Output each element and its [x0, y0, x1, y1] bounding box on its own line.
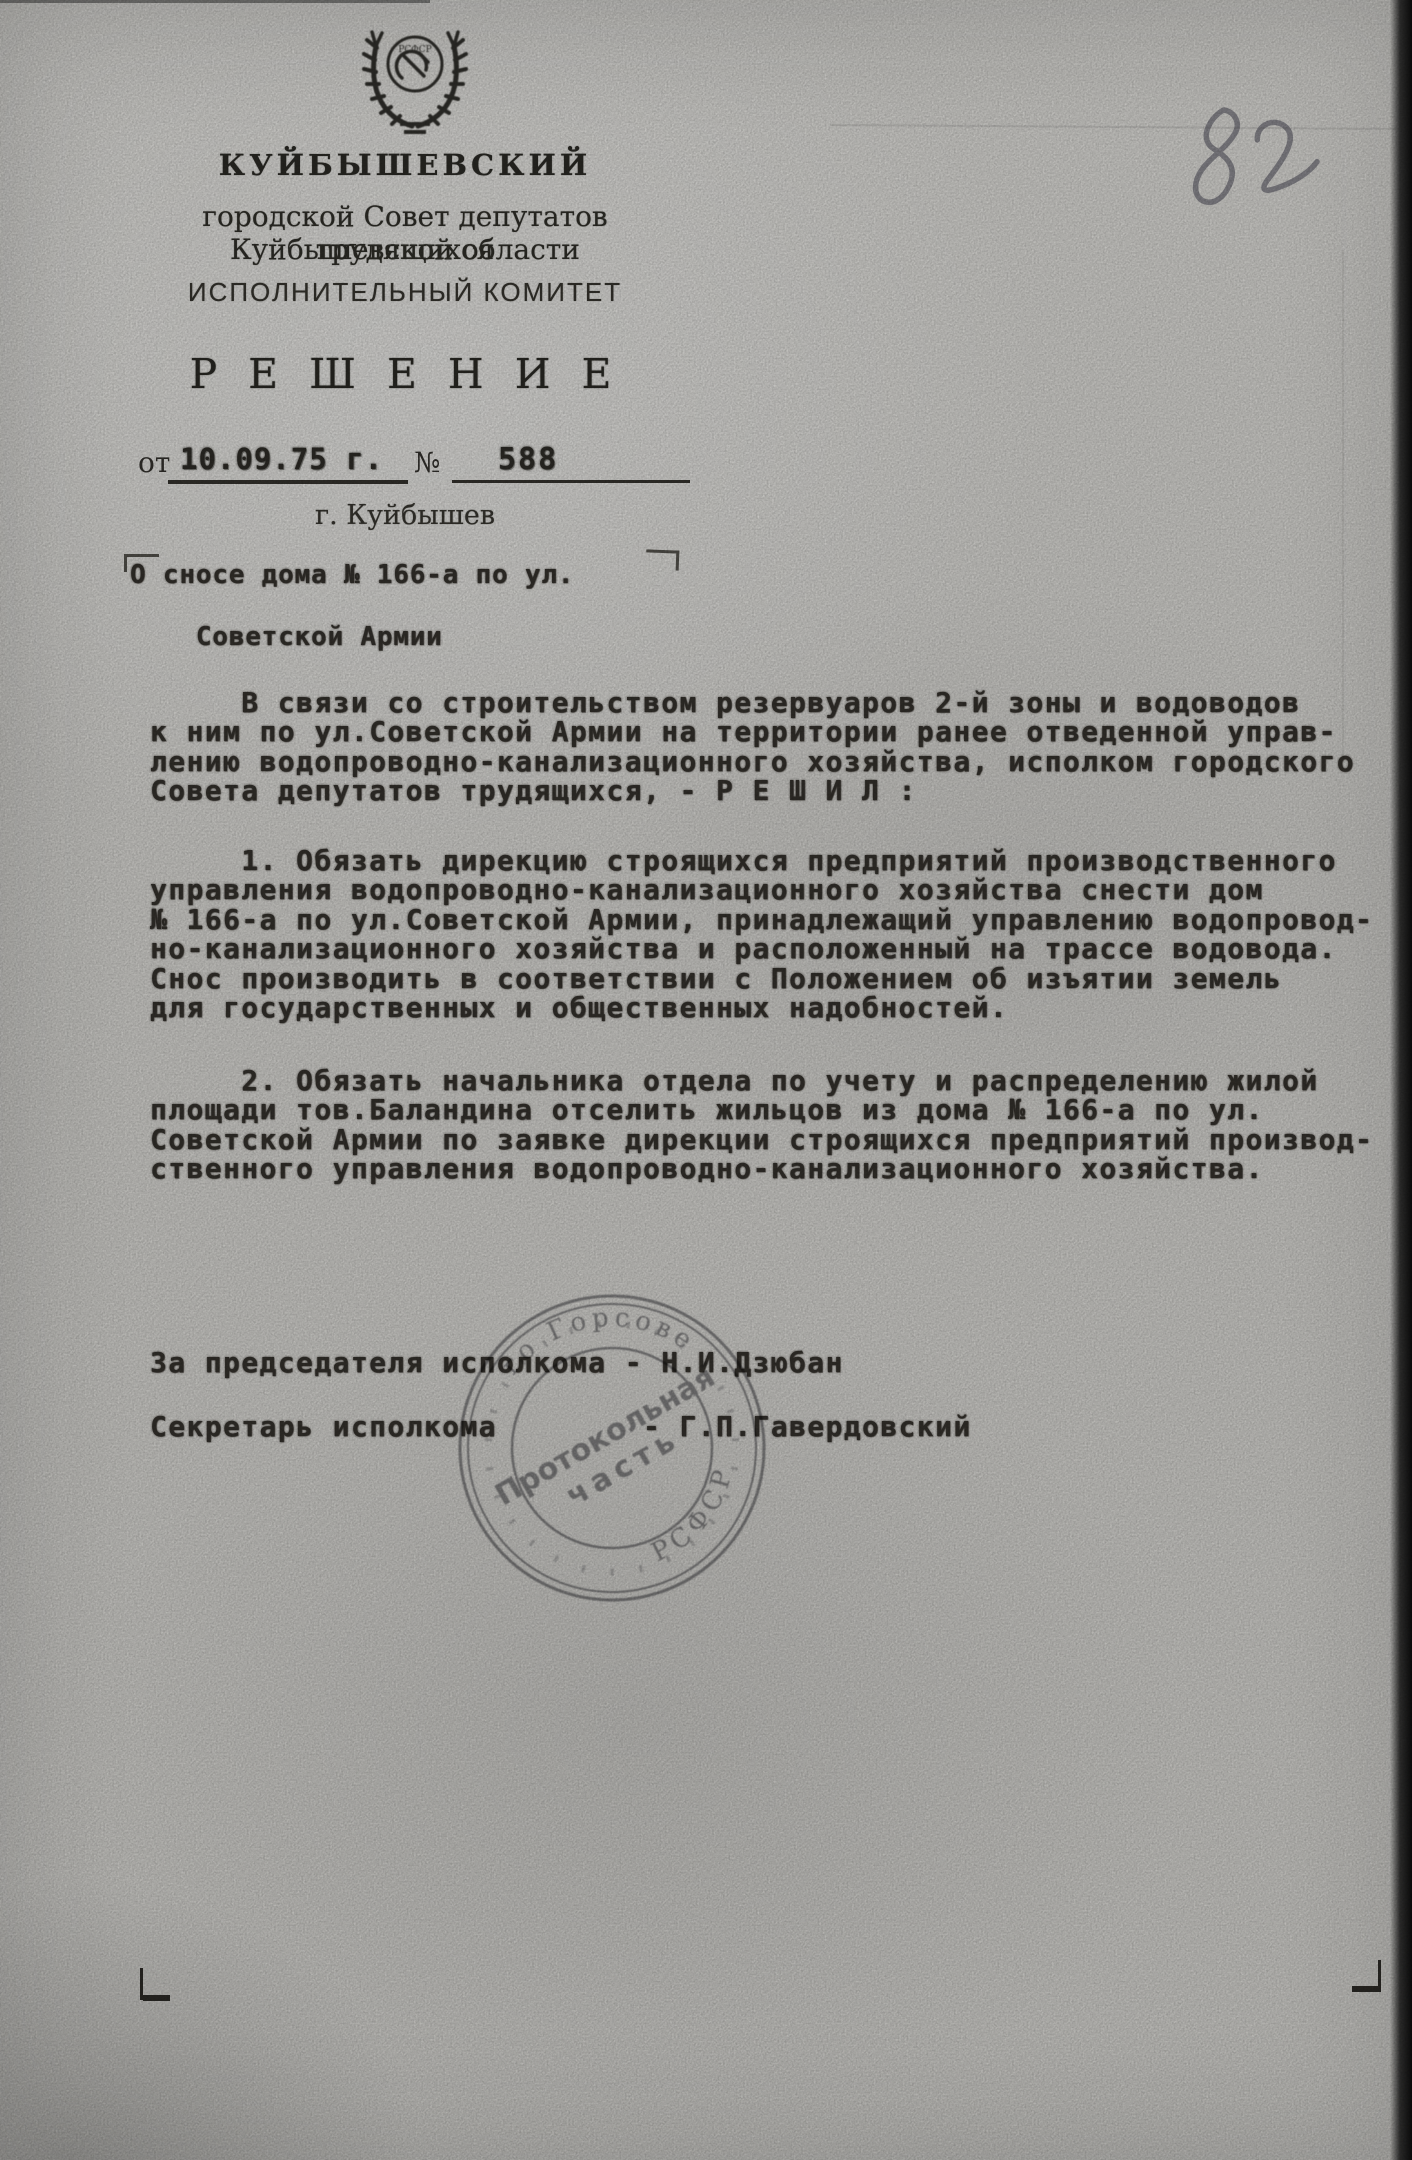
- handwritten-page-number: 82: [1166, 82, 1348, 273]
- date-prefix-label: от: [138, 446, 170, 479]
- org-name-line1: КУЙБЫШЕВСКИЙ: [115, 148, 695, 182]
- hammer-sickle-icon: [396, 51, 428, 78]
- bottom-left-crop-mark-foot: [143, 1995, 170, 2001]
- round-ink-stamp: го Горсове РСФСР Протокольная часть: [404, 1240, 820, 1656]
- city-line: г. Куйбышев: [115, 500, 695, 531]
- committee-line: ИСПОЛНИТЕЛЬНЫЙ КОМИТЕТ: [115, 277, 695, 308]
- document-title: Р Е Ш Е Н И Е: [115, 350, 695, 398]
- number-sign: №: [414, 446, 441, 479]
- rsfsr-coat-of-arms-icon: РСФСР: [350, 8, 480, 140]
- subject-block: О сносе дома № 166-а по ул. Советской Ар…: [130, 560, 574, 684]
- subject-line2: Советской Армии: [196, 622, 443, 652]
- document-date: 10.09.75 г.: [180, 442, 383, 476]
- date-underline: 10.09.75 г.: [168, 440, 408, 484]
- emblem-ribbon: [400, 124, 430, 132]
- subject-corner-mark-right: [646, 549, 680, 570]
- scan-edge-top: [0, 0, 430, 3]
- number-underline: 588: [452, 440, 690, 483]
- org-name-line3: Куйбышевской области: [115, 233, 695, 266]
- scan-edge-right: [1390, 0, 1412, 2160]
- paper-crease-vertical: [1342, 250, 1344, 760]
- scanned-document-page: РСФСР КУЙБЫШЕВСКИЙ городской Совет депут…: [0, 0, 1412, 2160]
- document-number: 588: [498, 442, 558, 477]
- paragraph-item-1: 1. Обязать дирекцию строящихся предприят…: [150, 846, 1373, 1022]
- subject-line1: О сносе дома № 166-а по ул.: [130, 560, 574, 590]
- paragraph-intro: В связи со строительством резервуаров 2-…: [150, 688, 1355, 806]
- bottom-right-crop-mark-foot: [1352, 1986, 1379, 1992]
- paragraph-item-2: 2. Обязать начальника отдела по учету и …: [150, 1066, 1373, 1184]
